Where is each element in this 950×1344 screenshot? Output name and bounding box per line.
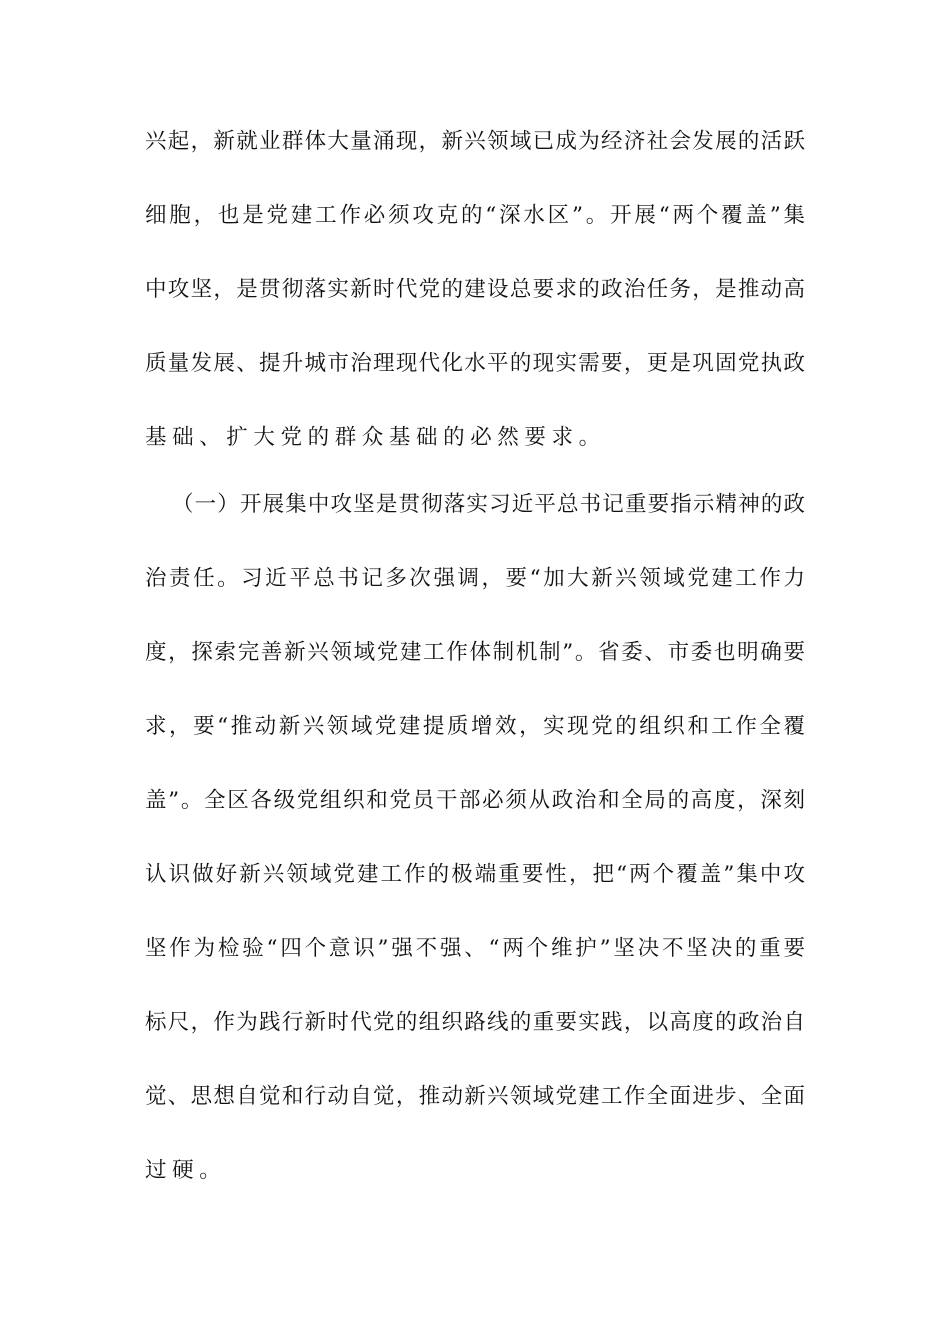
paragraph-1-line-3: 中攻坚，是贯彻落实新时代党的建设总要求的政治任务，是推动高 [145, 275, 805, 305]
paragraph-2-line-3: 度，探索完善新兴领域党建工作体制机制”。省委、市委也明确要 [145, 638, 805, 668]
paragraph-2-line-7: 坚作为检验“四个意识”强不强、“两个维护”坚决不坚决的重要 [145, 934, 805, 964]
paragraph-2-line-1: （一）开展集中攻坚是贯彻落实习近平总书记重要指示精神的政 [172, 490, 805, 520]
paragraph-2-line-6: 认识做好新兴领域党建工作的极端重要性，把“两个覆盖”集中攻 [145, 860, 805, 890]
paragraph-2-line-9: 觉、思想自觉和行动自觉，推动新兴领域党建工作全面进步、全面 [145, 1082, 805, 1112]
paragraph-2-line-4: 求，要“推动新兴领域党建提质增效，实现党的组织和工作全覆 [145, 712, 805, 742]
paragraph-2-line-2: 治责任。习近平总书记多次强调，要“加大新兴领域党建工作力 [145, 564, 805, 594]
paragraph-1-line-4: 质量发展、提升城市治理现代化水平的现实需要，更是巩固党执政 [145, 349, 805, 379]
paragraph-1-line-1: 兴起，新就业群体大量涌现，新兴领域已成为经济社会发展的活跃 [145, 127, 805, 157]
paragraph-2-line-8: 标尺，作为践行新时代党的组织路线的重要实践，以高度的政治自 [145, 1008, 805, 1038]
paragraph-2-line-10: 过硬。 [145, 1156, 805, 1186]
paragraph-1-line-2: 细胞，也是党建工作必须攻克的“深水区”。开展“两个覆盖”集 [145, 201, 805, 231]
paragraph-2-line-5: 盖”。全区各级党组织和党员干部必须从政治和全局的高度，深刻 [145, 786, 805, 816]
paragraph-1-line-5: 基础、扩大党的群众基础的必然要求。 [145, 423, 805, 453]
document-page: 兴起，新就业群体大量涌现，新兴领域已成为经济社会发展的活跃 细胞，也是党建工作必… [0, 0, 950, 1344]
